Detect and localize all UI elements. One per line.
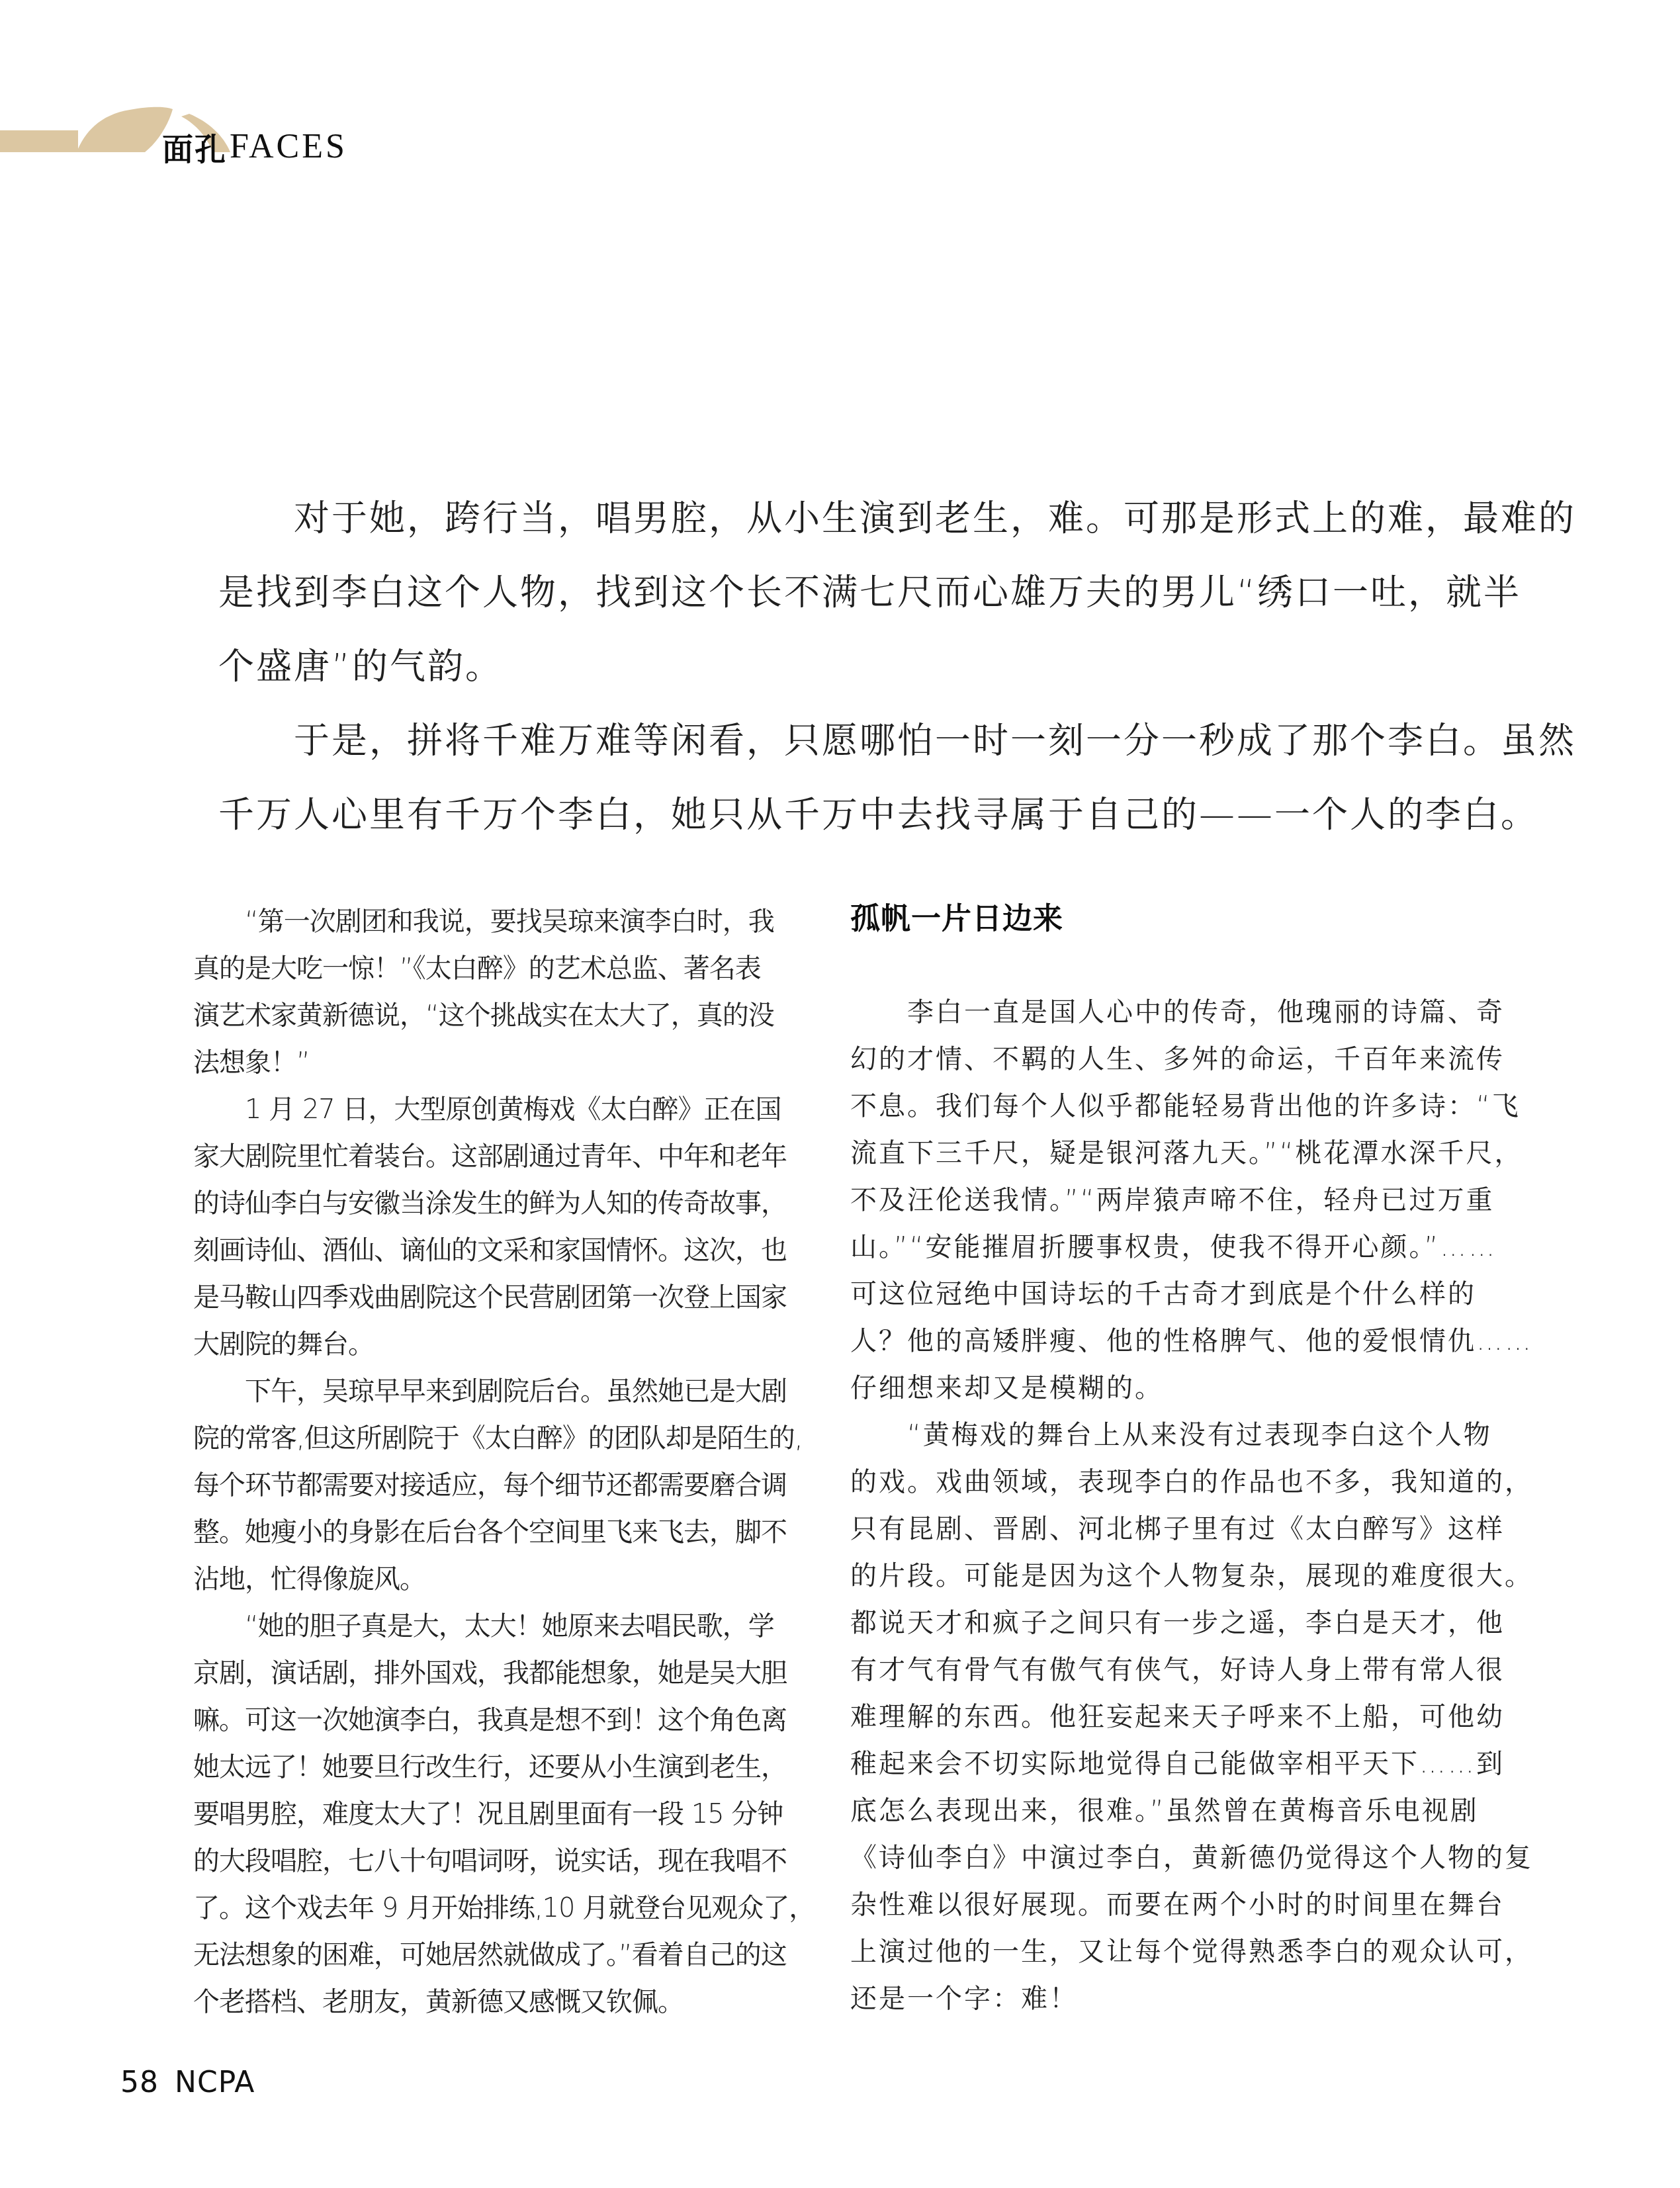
- header-wing-shape: [77, 107, 173, 152]
- brand-name: NCPA: [175, 2066, 255, 2099]
- body-text-line: 不息。我们每个人似乎都能轻易背出他的许多诗：“飞: [850, 1083, 1571, 1130]
- intro-line: 千万人心里有千万个李白，她只从千万中去找寻属于自己的——一个人的李白。: [218, 778, 1489, 852]
- body-text-line: 《诗仙李白》中演过李白，黄新德仍觉得这个人物的复: [850, 1835, 1571, 1882]
- body-text-line: 是马鞍山四季戏曲剧院这个民营剧团第一次登上国家: [193, 1274, 828, 1321]
- body-text-line: 的大段唱腔，七八十句唱词呀，说实话，现在我唱不: [193, 1838, 828, 1885]
- body-text-line: 杂性难以很好展现。而要在两个小时的时间里在舞台: [850, 1882, 1571, 1929]
- body-text-line: 真的是大吃一惊！”《太白醉》的艺术总监、著名表: [193, 945, 828, 992]
- section-title-english: FACES: [230, 127, 347, 166]
- header-bar-shape: [0, 130, 78, 152]
- body-text-line: 刻画诗仙、酒仙、谪仙的文采和家国情怀。这次，也: [193, 1227, 828, 1274]
- body-text-line: 她太远了！她要旦行改生行，还要从小生演到老生，: [193, 1744, 828, 1791]
- body-text-line: 的诗仙李白与安徽当涂发生的鲜为人知的传奇故事，: [193, 1180, 828, 1227]
- intro-line: 对于她，跨行当，唱男腔，从小生演到老生，难。可那是形式上的难，最难的: [218, 482, 1489, 556]
- intro-line: 于是，拼将千难万难等闲看，只愿哪怕一时一刻一分一秒成了那个李白。虽然: [218, 704, 1489, 778]
- body-text-line: 幻的才情、不羁的人生、多舛的命运，千百年来流传: [850, 1036, 1571, 1083]
- body-text-line: 了。这个戏去年 9 月开始排练,10 月就登台见观众了，: [193, 1885, 828, 1932]
- body-text-line: 演艺术家黄新德说，“这个挑战实在太大了，真的没: [193, 992, 828, 1039]
- body-text-line: 每个环节都需要对接适应，每个细节还都需要磨合调: [193, 1462, 828, 1509]
- section-title-chinese: 面孔: [162, 125, 227, 169]
- body-text-line: 1 月 27 日，大型原创黄梅戏《太白醉》正在国: [193, 1086, 828, 1133]
- intro-line: 是找到李白这个人物，找到这个长不满七尺而心雄万夫的男儿“绣口一吐，就半: [218, 556, 1489, 630]
- body-text-line: 法想象！”: [193, 1039, 828, 1086]
- intro-deck: 对于她，跨行当，唱男腔，从小生演到老生，难。可那是形式上的难，最难的是找到李白这…: [218, 482, 1489, 852]
- body-text-line: 都说天才和疯子之间只有一步之遥，李白是天才，他: [850, 1600, 1571, 1647]
- body-text-line: 的片段。可能是因为这个人物复杂，展现的难度很大。: [850, 1553, 1571, 1600]
- body-text-line: 的戏。戏曲领域，表现李白的作品也不多，我知道的，: [850, 1459, 1571, 1506]
- body-text-line: 还是一个字：难！: [850, 1976, 1571, 2023]
- body-text-line: 整。她瘦小的身影在后台各个空间里飞来飞去，脚不: [193, 1509, 828, 1556]
- right-column: 李白一直是国人心中的传奇，他瑰丽的诗篇、奇幻的才情、不羁的人生、多舛的命运，千百…: [850, 989, 1571, 2023]
- body-text-line: 流直下三千尺，疑是银河落九天。”“桃花潭水深千尺，: [850, 1130, 1571, 1177]
- body-text-line: 京剧，演话剧，排外国戏，我都能想象，她是吴大胆: [193, 1650, 828, 1697]
- body-text-line: 要唱男腔，难度太大了！况且剧里面有一段 15 分钟: [193, 1791, 828, 1838]
- body-text-line: 有才气有骨气有傲气有侠气，好诗人身上带有常人很: [850, 1647, 1571, 1694]
- body-text-line: 沾地，忙得像旋风。: [193, 1556, 828, 1603]
- body-text-line: 大剧院的舞台。: [193, 1321, 828, 1368]
- body-text-line: 不及汪伦送我情。”“两岸猿声啼不住，轻舟已过万重: [850, 1177, 1571, 1224]
- body-text-line: 稚起来会不切实际地觉得自己能做宰相平天下……到: [850, 1741, 1571, 1788]
- body-text-line: 上演过他的一生，又让每个觉得熟悉李白的观众认可，: [850, 1929, 1571, 1976]
- body-text-line: 底怎么表现出来，很难。”虽然曾在黄梅音乐电视剧: [850, 1788, 1571, 1835]
- page-number: 58: [120, 2066, 159, 2099]
- left-column: “第一次剧团和我说，要找吴琼来演李白时，我真的是大吃一惊！”《太白醉》的艺术总监…: [193, 898, 828, 2026]
- magazine-page: 面孔 FACES 对于她，跨行当，唱男腔，从小生演到老生，难。可那是形式上的难，…: [0, 0, 1680, 2188]
- body-text-line: 只有昆剧、晋剧、河北梆子里有过《太白醉写》这样: [850, 1506, 1571, 1553]
- body-text-line: 嘛。可这一次她演李白，我真是想不到！这个角色离: [193, 1697, 828, 1744]
- section-heading: 孤帆一片日边来: [850, 895, 1063, 938]
- body-text-line: “第一次剧团和我说，要找吴琼来演李白时，我: [193, 898, 828, 945]
- body-text-line: 仔细想来却又是模糊的。: [850, 1365, 1571, 1412]
- body-text-line: 难理解的东西。他狂妄起来天子呼来不上船，可他幼: [850, 1694, 1571, 1741]
- intro-line: 个盛唐”的气韵。: [218, 630, 1489, 704]
- body-text-line: 人？他的高矮胖瘦、他的性格脾气、他的爱恨情仇……: [850, 1318, 1571, 1365]
- body-text-line: “她的胆子真是大，太大！她原来去唱民歌，学: [193, 1603, 828, 1650]
- body-text-line: 个老搭档、老朋友，黄新德又感慨又钦佩。: [193, 1979, 828, 2026]
- body-text-line: 山。”“安能摧眉折腰事权贵，使我不得开心颜。”……: [850, 1224, 1571, 1271]
- body-text-line: 可这位冠绝中国诗坛的千古奇才到底是个什么样的: [850, 1271, 1571, 1318]
- body-text-line: 下午，吴琼早早来到剧院后台。虽然她已是大剧: [193, 1368, 828, 1415]
- body-text-line: “黄梅戏的舞台上从来没有过表现李白这个人物: [850, 1412, 1571, 1459]
- body-text-line: 家大剧院里忙着装台。这部剧通过青年、中年和老年: [193, 1133, 828, 1180]
- body-text-line: 院的常客,但这所剧院于《太白醉》的团队却是陌生的,: [193, 1415, 828, 1462]
- page-footer: 58 NCPA: [120, 2066, 255, 2099]
- body-text-line: 李白一直是国人心中的传奇，他瑰丽的诗篇、奇: [850, 989, 1571, 1036]
- body-text-line: 无法想象的困难，可她居然就做成了。”看着自己的这: [193, 1932, 828, 1979]
